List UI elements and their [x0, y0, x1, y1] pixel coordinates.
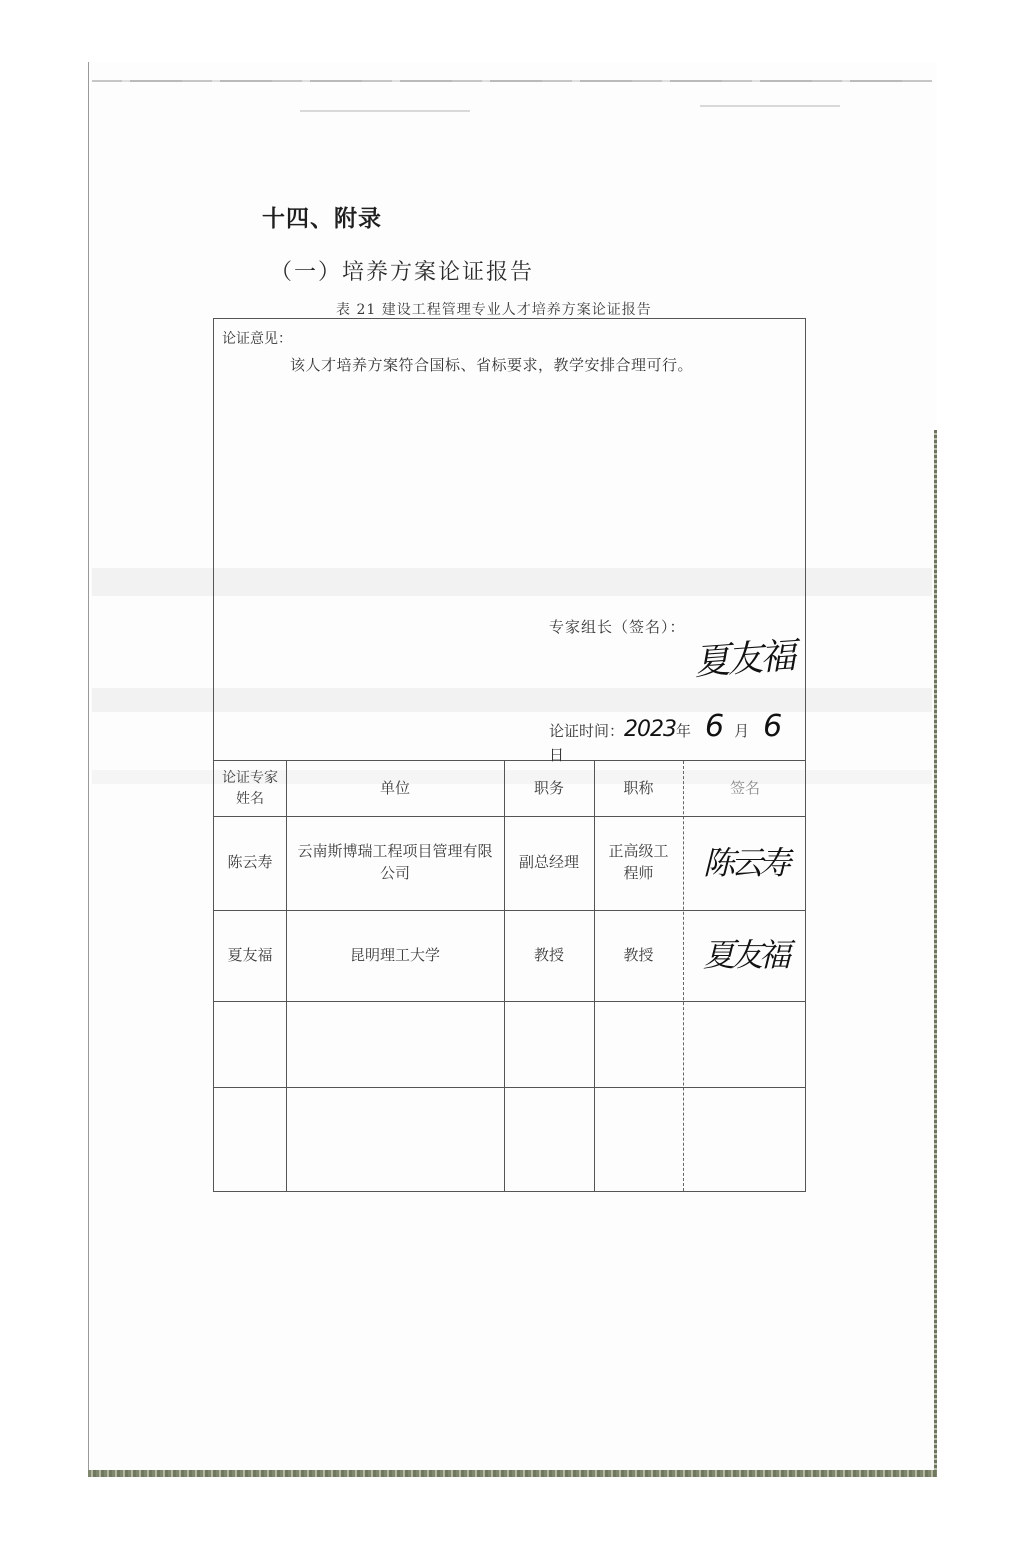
expert-position [504, 1087, 594, 1191]
section-heading: 十四、附录 [262, 200, 382, 233]
page-edge-right [934, 430, 937, 1474]
opinion-text: 该人才培养方案符合国标、省标要求，教学安排合理可行。 [290, 354, 693, 375]
expert-unit: 昆明理工大学 [286, 910, 504, 1001]
date-label: 论证时间： [549, 722, 624, 740]
header-title: 职称 [594, 761, 683, 816]
expert-position: 教授 [504, 910, 594, 1001]
date-month: 6 [705, 709, 724, 744]
expert-signature [683, 1087, 807, 1191]
bleed-through-line [300, 110, 470, 112]
header-position: 职务 [504, 761, 594, 816]
expert-signature: 陈云寿 [683, 816, 807, 910]
expert-title [594, 1087, 683, 1191]
expert-name [214, 1087, 286, 1191]
expert-signature [683, 1001, 807, 1087]
opinion-label: 论证意见： [222, 328, 292, 348]
header-signature: 签名 [683, 761, 807, 816]
header-rule [92, 80, 932, 82]
expert-table: 论证专家姓名 单位 职务 职称 签名 陈云寿 云南斯博瑞工程项目管理有限公司 副… [214, 761, 805, 1191]
year-unit: 年 [676, 722, 691, 740]
expert-title: 正高级工程师 [594, 816, 683, 910]
review-date: 论证时间：2023年6月6日 [549, 709, 805, 765]
bleed-through-line [700, 105, 840, 107]
expert-title: 教授 [594, 910, 683, 1001]
header-unit: 单位 [286, 761, 504, 816]
subsection-heading: （一）培养方案论证报告 [270, 255, 534, 286]
month-unit: 月 [734, 722, 749, 740]
leader-signature-label: 专家组长（签名）： [549, 616, 686, 637]
expert-unit [286, 1001, 504, 1087]
opinion-section: 论证意见： 该人才培养方案符合国标、省标要求，教学安排合理可行。 专家组长（签名… [214, 319, 805, 761]
expert-name [214, 1001, 286, 1087]
expert-unit [286, 1087, 504, 1191]
leader-signature: 夏友福 [692, 628, 794, 686]
expert-name: 夏友福 [214, 910, 286, 1001]
page-edge-bottom [88, 1470, 937, 1477]
expert-signature: 夏友福 [683, 910, 807, 1001]
expert-unit: 云南斯博瑞工程项目管理有限公司 [286, 816, 504, 910]
header-expert-name: 论证专家姓名 [214, 761, 286, 816]
expert-title [594, 1001, 683, 1087]
date-day: 6 [763, 709, 782, 744]
expert-name: 陈云寿 [214, 816, 286, 910]
expert-position: 副总经理 [504, 816, 594, 910]
date-year: 2023 [624, 717, 676, 742]
report-table: 论证意见： 该人才培养方案符合国标、省标要求，教学安排合理可行。 专家组长（签名… [213, 318, 806, 1192]
expert-position [504, 1001, 594, 1087]
table-caption: 表 21 建设工程管理专业人才培养方案论证报告 [336, 299, 652, 319]
